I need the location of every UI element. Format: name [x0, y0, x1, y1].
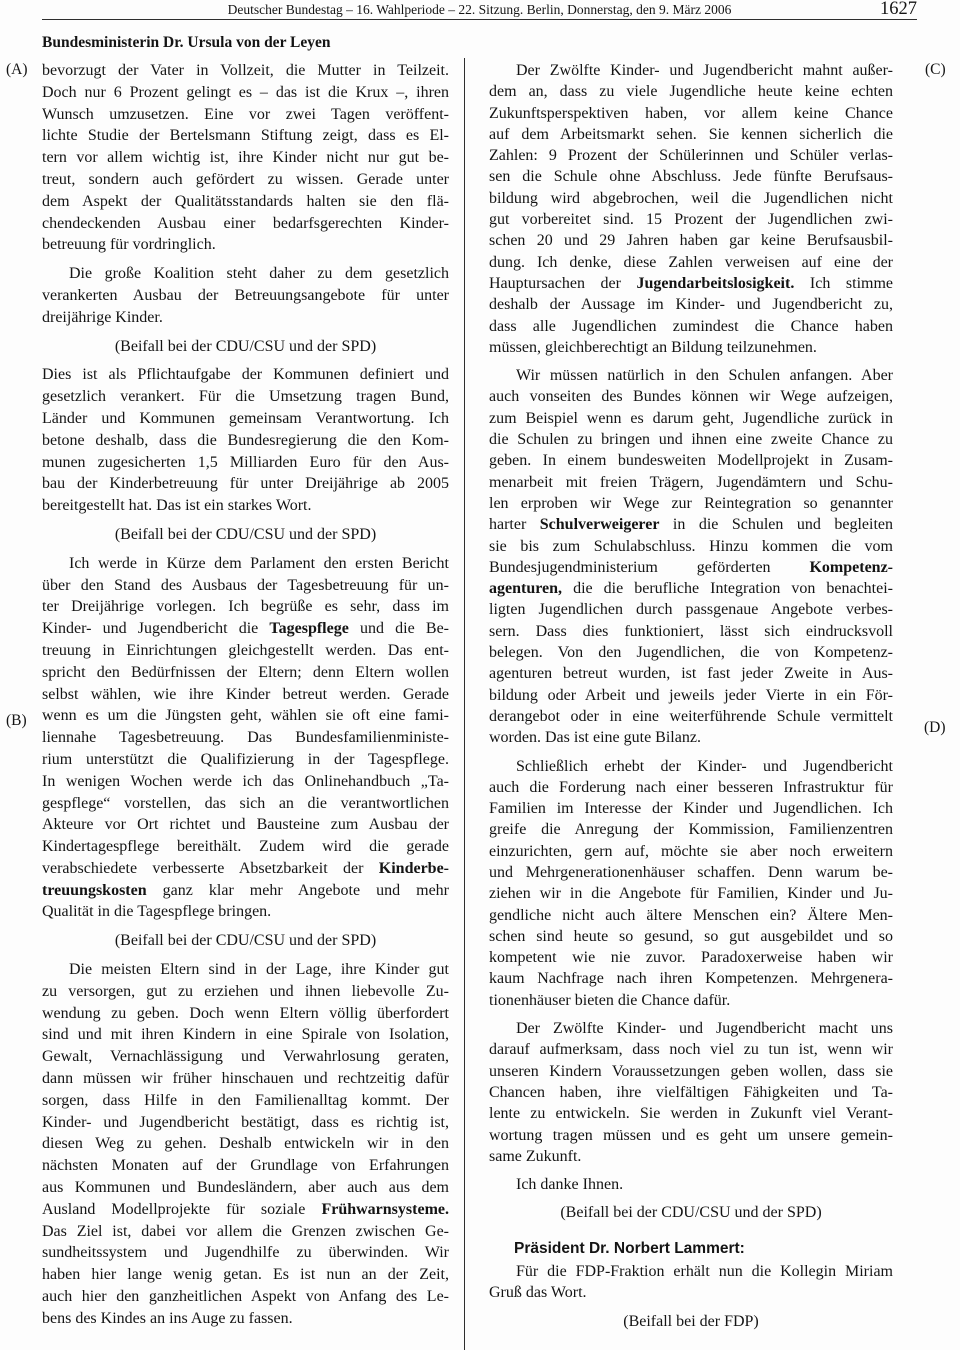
- text-line: lichte Studie der Bertelsmann Stiftung z…: [42, 125, 449, 147]
- text-line: tern vor allem wichtig ist, ihre Kinder …: [42, 147, 449, 169]
- stage-note-applause: (Beifall bei der CDU/CSU und der SPD): [42, 930, 449, 952]
- text-line: Dies ist als Pflichtaufgabe der Kommunen…: [42, 364, 449, 386]
- text-segment: darauf aufmerksam, dass noch viel zu tun…: [489, 1041, 893, 1058]
- text-line: derangebot oder in eine weiterführende S…: [489, 706, 893, 727]
- text-segment: gesetzlich verankert. Für die Umsetzung …: [42, 388, 449, 405]
- text-segment: bereitgestellt hat. Das ist ein starkes …: [42, 497, 311, 514]
- text-line: Die meisten Eltern sind in der Lage, ihr…: [42, 959, 449, 981]
- text-line: Doch nur 6 Prozent gelingt es – das ist …: [42, 82, 449, 104]
- text-line: sind und mit ihren Kindern in eine Spira…: [42, 1024, 449, 1046]
- text-line: selbst wählen, wie ihre Kinder betreut w…: [42, 684, 449, 706]
- text-segment: lichte Studie der Bertelsmann Stiftung z…: [42, 127, 449, 144]
- text-line: dass alle Jugendlichen zumindest die Cha…: [489, 316, 893, 337]
- text-segment: Ich werde in Kürze dem Parlament den ers…: [69, 555, 449, 572]
- protocol-page: Deutscher Bundestag – 16. Wahlperiode – …: [0, 0, 960, 1350]
- text-segment: Länder und Kommunen gemeinsam Verantwort…: [42, 410, 449, 427]
- margin-marker-b: (B): [6, 712, 27, 730]
- text-segment: auch vonseiten des Bundes können wir Weg…: [489, 388, 893, 405]
- text-segment: tionenhäuser bieten die Chance dafür.: [489, 992, 730, 1009]
- continued-speaker-heading: Bundesministerin Dr. Ursula von der Leye…: [42, 34, 449, 52]
- text-line: deshalb der Aussage im Kinder- und Jugen…: [489, 294, 893, 315]
- text-line: betreuung für vordringlich.: [42, 234, 449, 256]
- text-line: sorgen, dass Hilfe in den Familienalltag…: [42, 1090, 449, 1112]
- text-line: bau der Kinderbetreuung für unter Dreijä…: [42, 473, 449, 495]
- text-line: gespflege“ vorstellen, das sich an die v…: [42, 793, 449, 815]
- text-line: rium unterstützt die Qualifizierung in d…: [42, 749, 449, 771]
- text-line: verabschiedete verbesserte Absetzbarkeit…: [42, 858, 449, 880]
- text-segment: dem Aspekt der Qualitätsstandards halten…: [42, 193, 449, 210]
- text-segment: sundheitssystem und Jugendhilfe zu überw…: [42, 1244, 449, 1261]
- text-line: Wunsch umzusetzen. Eine vor zwei Tagen v…: [42, 104, 449, 126]
- text-line: bereitgestellt hat. Das ist ein starkes …: [42, 495, 449, 517]
- text-segment: gendliche nicht auch ältere Menschen ein…: [489, 907, 893, 924]
- text-line: tionenhäuser bieten die Chance dafür.: [489, 990, 893, 1011]
- speaker-heading: Präsident Dr. Norbert Lammert:: [489, 1238, 893, 1259]
- text-line: Ich werde in Kürze dem Parlament den ers…: [42, 553, 449, 575]
- text-segment: Familien im Interesse der Kinder und Jug…: [489, 800, 893, 817]
- paragraph: Die meisten Eltern sind in der Lage, ihr…: [42, 959, 449, 1330]
- text-line: Bundesjugendministerium geförderten Komp…: [489, 557, 893, 578]
- text-segment: bildung oder Arbeit und jeweils jeder Vi…: [489, 687, 893, 704]
- header-title: Deutscher Bundestag – 16. Wahlperiode – …: [42, 0, 917, 19]
- paragraph: Ich werde in Kürze dem Parlament den ers…: [42, 553, 449, 924]
- text-line: worden. Das ist eine gute Bilanz.: [489, 727, 893, 748]
- text-segment: len erproben wir Wege zur Reintegration …: [489, 495, 893, 512]
- text-line: dann müssen wir früher hinschauen und re…: [42, 1068, 449, 1090]
- text-segment: Gruß das Wort.: [489, 1284, 587, 1301]
- text-segment: liennahe Tagesbetreuung. Das Bundesfamil…: [42, 729, 449, 746]
- text-line: Für die FDP-Fraktion erhält nun die Koll…: [489, 1261, 893, 1282]
- margin-marker-c: (C): [925, 61, 946, 79]
- text-line: kaum Nachfrage nach ihren Kompetenzen. M…: [489, 968, 893, 989]
- text-segment: Das Ziel ist, dabei vor allem die Grenze…: [42, 1223, 449, 1240]
- text-segment: kaum Nachfrage nach ihren Kompetenzen. M…: [489, 970, 893, 987]
- text-line: nächsten Monaten auf der Grundlage von E…: [42, 1155, 449, 1177]
- stage-note-applause: (Beifall bei der CDU/CSU und der SPD): [42, 524, 449, 546]
- text-segment: sie bis zum Schulabschluss. Hinzu kommen…: [489, 538, 893, 555]
- text-segment: nächsten Monaten auf der Grundlage von E…: [42, 1157, 449, 1174]
- text-line: ter Dreijährige vorlegen. Ich begrüße es…: [42, 596, 449, 618]
- text-line: chendeckenden Ausbau einer bedarfsgerech…: [42, 213, 449, 235]
- text-segment: müssen, gleichberechtigt an Bildung teil…: [489, 339, 817, 356]
- text-segment: selbst wählen, wie ihre Kinder betreut w…: [42, 686, 449, 703]
- text-segment: Zahlen: 9 Prozent der Schülerinnen und S…: [489, 147, 893, 164]
- text-segment: deshalb der Aussage im Kinder- und Jugen…: [489, 296, 893, 313]
- text-line: haben hier lange wenig getan. Es ist nun…: [42, 1264, 449, 1286]
- text-line: Zahlen: 9 Prozent der Schülerinnen und S…: [489, 145, 893, 166]
- text-line: ziehen wir in die Angebote für Familien,…: [489, 883, 893, 904]
- text-segment: dung. Ich denke, diese Zahlen verweisen …: [489, 254, 893, 271]
- text-segment: Die große Koalition steht daher zu dem g…: [69, 265, 449, 282]
- text-segment: Die meisten Eltern sind in der Lage, ihr…: [69, 961, 449, 978]
- text-line: zum Beispiel wenn es darum geht, Jugendl…: [489, 408, 893, 429]
- text-segment: betreuung für vordringlich.: [42, 236, 216, 253]
- text-segment: Gewalt, Vernachlässigung und Verwahrlosu…: [42, 1048, 449, 1065]
- text-line: bevorzugt der Vater in Vollzeit, die Mut…: [42, 60, 449, 82]
- text-line: über den Stand des Ausbaus der Tagesbetr…: [42, 575, 449, 597]
- text-line: zu versorgen, gut zu erziehen und ihnen …: [42, 981, 449, 1003]
- text-segment: Schließlich erhebt der Kinder- und Jugen…: [516, 758, 893, 775]
- text-line: Der Zwölfte Kinder- und Jugendbericht ma…: [489, 1018, 893, 1039]
- bold-term: Tagespflege: [269, 620, 348, 637]
- text-line: schen 20 und 29 Jahren haben gar keine B…: [489, 230, 893, 251]
- text-line: Ich danke Ihnen.: [489, 1174, 893, 1195]
- text-segment: menarbeit mit freien Trägern, Jugendämte…: [489, 474, 893, 491]
- text-segment: einzurichten, gern auf, möchte sie aber …: [489, 843, 893, 860]
- paragraph: Schließlich erhebt der Kinder- und Jugen…: [489, 756, 893, 1012]
- text-line: agenturen betreut wurden, ist fast jeder…: [489, 663, 893, 684]
- text-segment: belegen. Von den Jugendlichen, die von K…: [489, 644, 893, 661]
- text-segment: haben hier lange wenig getan. Es ist nun…: [42, 1266, 449, 1283]
- text-segment: rium unterstützt die Qualifizierung in d…: [42, 751, 449, 768]
- paragraph: Ich danke Ihnen.: [489, 1174, 893, 1195]
- text-line: spricht den Bedürfnissen der Eltern; den…: [42, 662, 449, 684]
- stage-note-applause: (Beifall bei der CDU/CSU und der SPD): [42, 336, 449, 358]
- bold-term: agenturen,: [489, 580, 562, 597]
- paragraph: Der Zwölfte Kinder- und Jugendbericht ma…: [489, 1018, 893, 1167]
- text-line: treut, sondern auch gefördert zu wissen.…: [42, 169, 449, 191]
- text-line: Zukunftsperspektiven haben, vor allem ke…: [489, 103, 893, 124]
- text-line: dreijährige Kinder.: [42, 307, 449, 329]
- text-line: menarbeit mit freien Trägern, Jugendämte…: [489, 472, 893, 493]
- text-line: auch vonseiten des Bundes können wir Weg…: [489, 386, 893, 407]
- text-segment: aus Kommunen und Bundesländern, aber auc…: [42, 1179, 449, 1196]
- text-line: treuungskosten ganz klar mehr Angebote u…: [42, 880, 449, 902]
- text-segment: Bundesjugendministerium geförderten: [489, 559, 809, 576]
- text-segment: schen sind heute so gesund, so gut ausge…: [489, 928, 893, 945]
- text-segment: Akteure vor Ort richtet und Bausteine zu…: [42, 816, 449, 833]
- bold-term: treuungskosten: [42, 882, 147, 899]
- text-segment: und die Be-: [349, 620, 449, 637]
- text-line: gendliche nicht auch ältere Menschen ein…: [489, 905, 893, 926]
- text-segment: in die Schulen und begleiten: [659, 516, 893, 533]
- text-segment: Ich stimme: [794, 275, 893, 292]
- text-segment: worden. Das ist eine gute Bilanz.: [489, 729, 701, 746]
- text-segment: Der Zwölfte Kinder- und Jugendbericht ma…: [516, 1020, 893, 1037]
- text-line: Qualität in die Tagespflege bringen.: [42, 901, 449, 923]
- text-segment: sern. Dass dies funktioniert, lässt sich…: [489, 623, 893, 640]
- bold-term: Kinderbe-: [379, 860, 449, 877]
- text-segment: chendeckenden Ausbau einer bedarfsgerech…: [42, 215, 449, 232]
- text-segment: dreijährige Kinder.: [42, 309, 163, 326]
- bold-term: Kompetenz-: [809, 559, 893, 576]
- paragraph: Dies ist als Pflichtaufgabe der Kommunen…: [42, 364, 449, 517]
- text-line: unseren Kindern Voraussetzungen geben wo…: [489, 1061, 893, 1082]
- text-line: Akteure vor Ort richtet und Bausteine zu…: [42, 814, 449, 836]
- text-line: ligten Jugendlichen durch passgenaue Ang…: [489, 599, 893, 620]
- text-line: lente zu entwickeln. Sie werden in Zukun…: [489, 1103, 893, 1124]
- text-segment: zum Beispiel wenn es darum geht, Jugendl…: [489, 410, 893, 427]
- text-line: verankerten Ausbau der Betreuungsangebot…: [42, 285, 449, 307]
- text-segment: gut vorbereitet sind. 15 Prozent der Jug…: [489, 211, 893, 228]
- text-segment: dann müssen wir früher hinschauen und re…: [42, 1070, 449, 1087]
- text-line: dem an, dass zu viele Jugendliche heute …: [489, 81, 893, 102]
- text-segment: verabschiedete verbesserte Absetzbarkeit…: [42, 860, 379, 877]
- text-segment: wenn es um die Jüngsten geht, wählen sie…: [42, 707, 449, 724]
- text-segment: unseren Kindern Voraussetzungen geben wo…: [489, 1063, 893, 1080]
- text-line: einzurichten, gern auf, möchte sie aber …: [489, 841, 893, 862]
- text-segment: betone deshalb, dass die Bundesregierung…: [42, 432, 449, 449]
- text-segment: ziehen wir in die Angebote für Familien,…: [489, 885, 893, 902]
- text-line: auch hier den ganzheitlichen Aspekt von …: [42, 1286, 449, 1308]
- text-line: Familien im Interesse der Kinder und Jug…: [489, 798, 893, 819]
- text-line: liennahe Tagesbetreuung. Das Bundesfamil…: [42, 727, 449, 749]
- text-line: wendung zu geben. Doch wenn Eltern völli…: [42, 1003, 449, 1025]
- text-segment: treut, sondern auch gefördert zu wissen.…: [42, 171, 449, 188]
- text-segment: wortung tragen müssen und es geht um uns…: [489, 1127, 893, 1144]
- text-segment: In wenigen Wochen werde ich das Onlineha…: [42, 773, 449, 790]
- text-segment: auch die Forderung nach einer besseren I…: [489, 779, 893, 796]
- text-segment: geben. In einem bundesweiten Modellproje…: [489, 452, 893, 469]
- text-line: geben. In einem bundesweiten Modellproje…: [489, 450, 893, 471]
- text-segment: harter: [489, 516, 540, 533]
- text-line: dung. Ich denke, diese Zahlen verweisen …: [489, 252, 893, 273]
- text-segment: Dies ist als Pflichtaufgabe der Kommunen…: [42, 366, 449, 383]
- stage-note-applause: (Beifall bei der CDU/CSU und der SPD): [489, 1202, 893, 1223]
- text-segment: Hauptursachen der: [489, 275, 637, 292]
- text-segment: Ausland Modellprojekte für soziale: [42, 1201, 321, 1218]
- text-segment: spricht den Bedürfnissen der Eltern; den…: [42, 664, 449, 681]
- text-line: Gewalt, Vernachlässigung und Verwahrlosu…: [42, 1046, 449, 1068]
- text-segment: gespflege“ vorstellen, das sich an die v…: [42, 795, 449, 812]
- text-line: Das Ziel ist, dabei vor allem die Grenze…: [42, 1221, 449, 1243]
- text-segment: bens des Kindes an ins Auge zu fassen.: [42, 1310, 293, 1327]
- text-segment: Zukunftsperspektiven haben, vor allem ke…: [489, 105, 893, 122]
- paragraph: Für die FDP-Fraktion erhält nun die Koll…: [489, 1261, 893, 1304]
- text-line: sern. Dass dies funktioniert, lässt sich…: [489, 621, 893, 642]
- text-line: Kinder- und Jugendbericht die Tagespfleg…: [42, 618, 449, 640]
- text-segment: bau der Kinderbetreuung für unter Dreijä…: [42, 475, 449, 492]
- stage-note-applause: (Beifall bei der FDP): [489, 1311, 893, 1332]
- text-segment: Qualität in die Tagespflege bringen.: [42, 903, 271, 920]
- bold-term: Schulverweigerer: [540, 516, 660, 533]
- margin-marker-d: (D): [924, 719, 946, 737]
- text-segment: Kindertagespflege bereithält. Zudem wird…: [42, 838, 449, 855]
- text-segment: sorgen, dass Hilfe in den Familienalltag…: [42, 1092, 449, 1109]
- text-segment: Wunsch umzusetzen. Eine vor zwei Tagen v…: [42, 106, 449, 123]
- text-segment: ganz klar mehr Angebote und mehr: [147, 882, 449, 899]
- text-line: und Mehrgenerationenhäuser schaffen. Den…: [489, 862, 893, 883]
- text-line: len erproben wir Wege zur Reintegration …: [489, 493, 893, 514]
- text-line: Länder und Kommunen gemeinsam Verantwort…: [42, 408, 449, 430]
- margin-marker-a: (A): [6, 61, 28, 79]
- text-segment: Wir müssen natürlich in den Schulen anfa…: [516, 367, 893, 384]
- text-line: In wenigen Wochen werde ich das Onlineha…: [42, 771, 449, 793]
- text-segment: dem an, dass zu viele Jugendliche heute …: [489, 83, 893, 100]
- text-segment: Kinder- und Jugendbericht die: [42, 620, 269, 637]
- text-line: müssen, gleichberechtigt an Bildung teil…: [489, 337, 893, 358]
- right-column: Der Zwölfte Kinder- und Jugendbericht ma…: [489, 60, 893, 1332]
- text-segment: treuung in Einrichtungen gleichgestellt …: [42, 642, 449, 659]
- text-segment: ligten Jugendlichen durch passgenaue Ang…: [489, 601, 893, 618]
- text-segment: munen zugesicherten 1,5 Milliarden Euro …: [42, 454, 449, 471]
- bold-term: Jugendarbeitslosigkeit.: [637, 275, 795, 292]
- text-segment: Chancen haben, ihre vielfältigen Fähigke…: [489, 1084, 893, 1101]
- text-segment: tern vor allem wichtig ist, ihre Kinder …: [42, 149, 449, 166]
- text-line: same Zukunft.: [489, 1146, 893, 1167]
- text-line: Wir müssen natürlich in den Schulen anfa…: [489, 365, 893, 386]
- text-line: kompetent wie nie zuvor. Paradoxerweise …: [489, 947, 893, 968]
- text-line: dem Aspekt der Qualitätsstandards halten…: [42, 191, 449, 213]
- text-line: diesen Weg zu gehen. Deshalb entwickeln …: [42, 1133, 449, 1155]
- text-segment: kompetent wie nie zuvor. Paradoxerweise …: [489, 949, 893, 966]
- text-segment: sen die Schule ohne Abschluss. Jede fünf…: [489, 168, 893, 185]
- text-segment: und Mehrgenerationenhäuser schaffen. Den…: [489, 864, 893, 881]
- text-line: Kindertagespflege bereithält. Zudem wird…: [42, 836, 449, 858]
- text-segment: same Zukunft.: [489, 1148, 581, 1165]
- text-segment: die die berufliche Integration von benac…: [562, 580, 893, 597]
- text-line: bens des Kindes an ins Auge zu fassen.: [42, 1308, 449, 1330]
- text-line: belegen. Von den Jugendlichen, die von K…: [489, 642, 893, 663]
- text-line: sie bis zum Schulabschluss. Hinzu kommen…: [489, 536, 893, 557]
- text-line: Ausland Modellprojekte für soziale Frühw…: [42, 1199, 449, 1221]
- page-header: Deutscher Bundestag – 16. Wahlperiode – …: [42, 0, 917, 19]
- text-segment: auch hier den ganzheitlichen Aspekt von …: [42, 1288, 449, 1305]
- header-rule: [42, 19, 917, 20]
- text-segment: ter Dreijährige vorlegen. Ich begrüße es…: [42, 598, 449, 615]
- text-line: sundheitssystem und Jugendhilfe zu überw…: [42, 1242, 449, 1264]
- text-line: Schließlich erhebt der Kinder- und Jugen…: [489, 756, 893, 777]
- text-segment: die Schulen zu bringen und ihnen eine zw…: [489, 431, 893, 448]
- text-line: darauf aufmerksam, dass noch viel zu tun…: [489, 1039, 893, 1060]
- text-segment: zu versorgen, gut zu erziehen und ihnen …: [42, 983, 449, 1000]
- left-column: bevorzugt der Vater in Vollzeit, die Mut…: [42, 60, 449, 1330]
- text-line: aus Kommunen und Bundesländern, aber auc…: [42, 1177, 449, 1199]
- text-segment: Für die FDP-Fraktion erhält nun die Koll…: [516, 1263, 893, 1280]
- text-line: Kinder- und Jugendbericht bestätigt, das…: [42, 1112, 449, 1134]
- text-line: Die große Koalition steht daher zu dem g…: [42, 263, 449, 285]
- text-line: schen sind heute so gesund, so gut ausge…: [489, 926, 893, 947]
- text-line: bildung wird abgebrochen, weil die Jugen…: [489, 188, 893, 209]
- text-segment: lente zu entwickeln. Sie werden in Zukun…: [489, 1105, 893, 1122]
- text-line: betone deshalb, dass die Bundesregierung…: [42, 430, 449, 452]
- text-segment: greife die Anregung der Kommission, Fami…: [489, 821, 893, 838]
- text-segment: sind und mit ihren Kindern in eine Spira…: [42, 1026, 449, 1043]
- column-divider: [464, 58, 465, 1350]
- text-segment: bildung wird abgebrochen, weil die Jugen…: [489, 190, 893, 207]
- text-segment: Ich danke Ihnen.: [516, 1176, 623, 1193]
- text-segment: verankerten Ausbau der Betreuungsangebot…: [42, 287, 449, 304]
- text-line: agenturen, die die berufliche Integratio…: [489, 578, 893, 599]
- page-number: 1627: [880, 0, 917, 19]
- text-segment: wendung zu geben. Doch wenn Eltern völli…: [42, 1005, 449, 1022]
- text-line: treuung in Einrichtungen gleichgestellt …: [42, 640, 449, 662]
- text-line: gesetzlich verankert. Für die Umsetzung …: [42, 386, 449, 408]
- text-segment: schen 20 und 29 Jahren haben gar keine B…: [489, 232, 893, 249]
- paragraph: Die große Koalition steht daher zu dem g…: [42, 263, 449, 328]
- text-line: Gruß das Wort.: [489, 1282, 893, 1303]
- paragraph: bevorzugt der Vater in Vollzeit, die Mut…: [42, 60, 449, 256]
- text-segment: auf dem Arbeitsmarkt sehen. Sie kennen s…: [489, 126, 893, 143]
- text-line: bildung oder Arbeit und jeweils jeder Vi…: [489, 685, 893, 706]
- text-segment: diesen Weg zu gehen. Deshalb entwickeln …: [42, 1135, 449, 1152]
- bold-term: Frühwarnsysteme.: [321, 1201, 449, 1218]
- text-segment: bevorzugt der Vater in Vollzeit, die Mut…: [42, 62, 449, 79]
- text-line: wenn es um die Jüngsten geht, wählen sie…: [42, 705, 449, 727]
- text-line: wortung tragen müssen und es geht um uns…: [489, 1125, 893, 1146]
- text-segment: agenturen betreut wurden, ist fast jeder…: [489, 665, 893, 682]
- text-segment: Der Zwölfte Kinder- und Jugendbericht ma…: [516, 62, 893, 79]
- text-line: munen zugesicherten 1,5 Milliarden Euro …: [42, 452, 449, 474]
- text-line: auch die Forderung nach einer besseren I…: [489, 777, 893, 798]
- paragraph: Der Zwölfte Kinder- und Jugendbericht ma…: [489, 60, 893, 358]
- text-line: Hauptursachen der Jugendarbeitslosigkeit…: [489, 273, 893, 294]
- text-line: gut vorbereitet sind. 15 Prozent der Jug…: [489, 209, 893, 230]
- text-segment: derangebot oder in eine weiterführende S…: [489, 708, 893, 725]
- text-line: die Schulen zu bringen und ihnen eine zw…: [489, 429, 893, 450]
- text-line: sen die Schule ohne Abschluss. Jede fünf…: [489, 166, 893, 187]
- text-line: greife die Anregung der Kommission, Fami…: [489, 819, 893, 840]
- text-line: harter Schulverweigerer in die Schulen u…: [489, 514, 893, 535]
- text-line: Der Zwölfte Kinder- und Jugendbericht ma…: [489, 60, 893, 81]
- text-segment: dass alle Jugendlichen zumindest die Cha…: [489, 318, 893, 335]
- text-line: Chancen haben, ihre vielfältigen Fähigke…: [489, 1082, 893, 1103]
- paragraph: Wir müssen natürlich in den Schulen anfa…: [489, 365, 893, 748]
- text-segment: Kinder- und Jugendbericht bestätigt, das…: [42, 1114, 449, 1131]
- text-segment: über den Stand des Ausbaus der Tagesbetr…: [42, 577, 449, 594]
- text-segment: Doch nur 6 Prozent gelingt es – das ist …: [42, 84, 449, 101]
- text-line: auf dem Arbeitsmarkt sehen. Sie kennen s…: [489, 124, 893, 145]
